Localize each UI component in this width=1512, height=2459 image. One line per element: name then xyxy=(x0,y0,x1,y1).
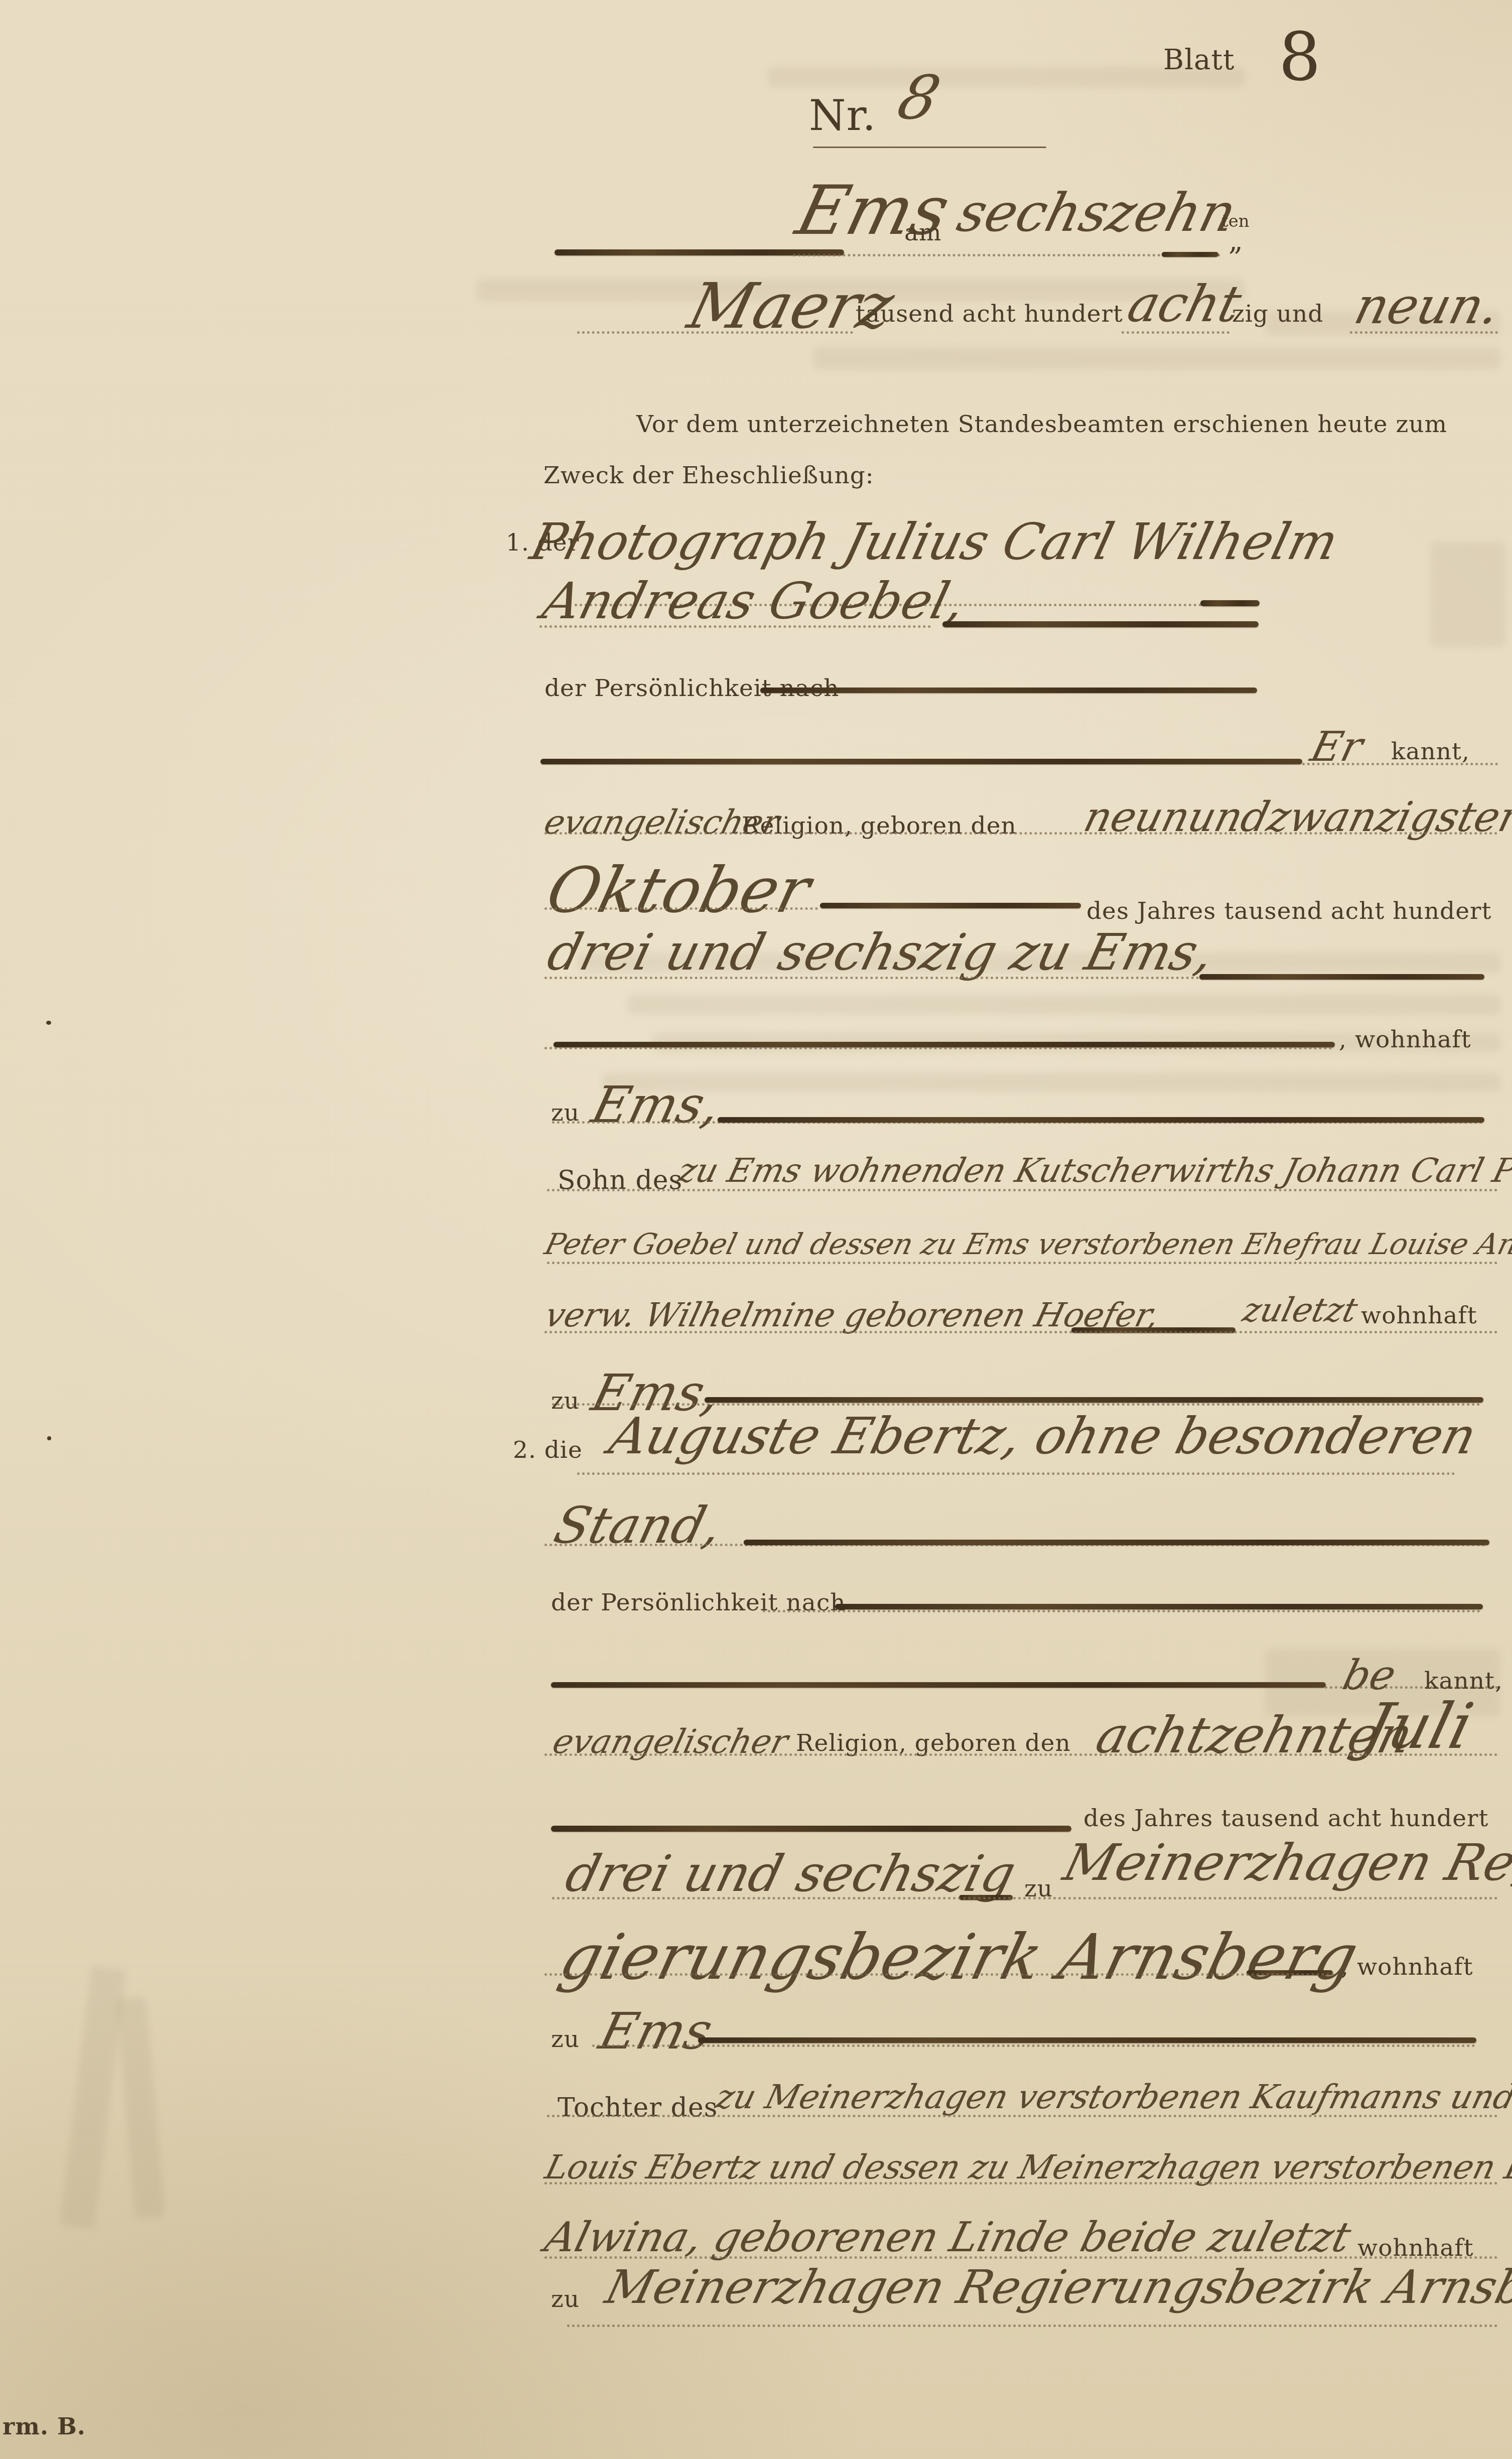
groom-name-line2: Andreas Goebel, xyxy=(538,576,971,626)
bride-wohnhaft-label: , wohnhaft xyxy=(1341,1955,1473,1979)
ink-speck xyxy=(47,1436,51,1440)
dotted-guide-line xyxy=(552,1897,1498,1899)
ink-speck xyxy=(46,1021,51,1025)
bride-index: 2. die xyxy=(513,1438,583,1462)
bride-year-label: des Jahres tausend acht hundert xyxy=(1083,1807,1488,1830)
groom-parents-line1: zu Ems wohnenden Kutscherwirths Johann C… xyxy=(675,1154,1512,1187)
bride-birth-year: drei und sechszig xyxy=(561,1849,1020,1899)
bride-parents-line2: Louis Ebertz und dessen zu Meinerzhagen … xyxy=(542,2151,1512,2184)
bride-parents-line3: Alwina, geborenen Linde beide zuletzt xyxy=(541,2217,1355,2258)
bride-known-label: kannt, xyxy=(1424,1669,1503,1693)
year-tens: acht xyxy=(1123,279,1246,329)
groom-known-hw: Er xyxy=(1307,727,1367,768)
bride-birth-place2: gierungsbezirk Arnsberg xyxy=(554,1926,1364,1989)
groom-year-label: des Jahres tausend acht hundert xyxy=(1086,899,1491,923)
dotted-guide-line xyxy=(592,2044,1475,2047)
document-page: Blatt 8 Nr. 8 Ems am sechszehn ten „ Mae… xyxy=(0,0,1512,2459)
thousand-label: tausend acht hundert xyxy=(856,302,1123,326)
dotted-guide-line xyxy=(552,1403,1480,1406)
ink-rule xyxy=(835,1604,1483,1609)
ink-rule xyxy=(1162,252,1218,257)
dotted-guide-line xyxy=(544,977,1199,979)
dotted-guide-line xyxy=(539,625,931,628)
bride-last-residence: Meinerzhagen Regierungsbezirk Arnsberg. xyxy=(601,2264,1512,2310)
ink-rule xyxy=(718,1117,1484,1123)
ditto-mark: „ xyxy=(1228,227,1244,255)
ink-rule xyxy=(820,903,1081,908)
groom-zuletzt-hw: zuletzt xyxy=(1240,1294,1361,1327)
dotted-guide-line xyxy=(1122,331,1229,334)
dotted-guide-line xyxy=(544,2182,1498,2184)
dotted-guide-line xyxy=(544,2256,1498,2259)
bleed-through-smudge xyxy=(1430,542,1505,647)
dotted-guide-line xyxy=(763,1610,1480,1612)
dotted-guide-line xyxy=(577,1472,1455,1475)
ink-rule xyxy=(1200,600,1260,606)
bleed-through-smudge xyxy=(116,1996,165,2219)
bride-name-line2: Stand, xyxy=(549,1500,727,1551)
bleed-through-smudge xyxy=(627,995,1500,1015)
blatt-label: Blatt xyxy=(1163,46,1234,74)
dotted-guide-line xyxy=(547,1189,1498,1191)
dotted-guide-line xyxy=(544,1047,1332,1049)
ink-rule xyxy=(744,1540,1489,1545)
dateline-day: sechszehn xyxy=(952,187,1241,239)
intro-line2: Zweck der Eheschließung: xyxy=(543,464,874,487)
groom-zu-label2: zu xyxy=(551,1389,580,1413)
bleed-through-smudge xyxy=(813,347,1500,369)
form-footer-mark: rm. B. xyxy=(3,2415,86,2438)
groom-birth-year: drei und sechszig zu Ems, xyxy=(543,927,1219,978)
nr-label: Nr. xyxy=(809,94,876,136)
dotted-guide-line xyxy=(544,832,1498,835)
dotted-guide-line xyxy=(544,1331,1498,1333)
nr-underline xyxy=(813,147,1046,148)
dotted-guide-line xyxy=(577,331,853,334)
ink-rule xyxy=(942,621,1259,627)
year-ones: neun. xyxy=(1350,281,1505,331)
bride-birth-place: Meinerzhagen Re, xyxy=(1059,1838,1512,1888)
dotted-guide-line xyxy=(544,1973,1335,1976)
am-label: am xyxy=(904,221,942,244)
ink-rule xyxy=(1199,974,1484,980)
bride-name-line1: Auguste Ebertz, ohne besonderen xyxy=(605,1411,1481,1461)
groom-parents-line2: Peter Goebel und dessen zu Ems verstorbe… xyxy=(542,1229,1512,1259)
dotted-guide-line xyxy=(547,1262,1498,1264)
dotted-guide-line xyxy=(547,2115,1498,2117)
bride-religion-label: Religion, geboren den xyxy=(796,1731,1071,1755)
ink-rule xyxy=(760,688,1257,693)
groom-wohnhaft-label2: wohnhaft xyxy=(1361,1304,1477,1327)
groom-birth-month: Oktober xyxy=(541,859,816,922)
ink-rule xyxy=(540,759,1302,764)
dotted-guide-line xyxy=(567,2325,1498,2327)
intro-line1: Vor dem unterzeichneten Standesbeamten e… xyxy=(636,413,1447,436)
groom-known-label: kannt, xyxy=(1391,740,1470,763)
bleed-through-smudge xyxy=(602,1073,1500,1092)
zig-und-label: zig und xyxy=(1232,302,1323,326)
ink-rule xyxy=(705,1397,1483,1403)
bride-residence: Ems xyxy=(595,2006,717,2057)
groom-name-line1: Photograph Julius Carl Wilhelm xyxy=(526,517,1343,567)
ink-rule xyxy=(698,2037,1476,2043)
blatt-number: 8 xyxy=(1279,24,1321,90)
bride-parents-line1: zu Meinerzhagen verstorbenen Kaufmanns u… xyxy=(713,2081,1512,2114)
dotted-guide-line xyxy=(544,1753,1498,1756)
dotted-guide-line xyxy=(1350,331,1498,334)
bride-zu-label2: zu xyxy=(551,2027,580,2051)
groom-parents-line3: verw. Wilhelmine geborenen Hoefer, xyxy=(542,1299,1163,1332)
groom-wohnhaft-label: , wohnhaft xyxy=(1339,1028,1471,1051)
ink-rule xyxy=(551,1826,1071,1832)
dotted-guide-line xyxy=(544,907,818,910)
bride-birth-month: Juli xyxy=(1357,1695,1479,1758)
ink-rule xyxy=(551,1682,1326,1688)
dotted-guide-line xyxy=(793,254,1220,256)
bride-zu-label3: zu xyxy=(551,2287,580,2311)
